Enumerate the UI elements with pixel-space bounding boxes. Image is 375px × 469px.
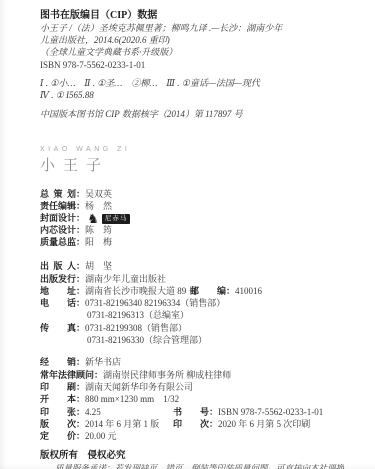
cip-line-2: 儿童出版社，2014.6(2020.6 重印) — [40, 34, 347, 46]
row-phone: 电话：0731-82196340 82196334（销售部） — [40, 297, 347, 309]
row-price: 定价：20.00 元 — [40, 430, 347, 442]
cip-classification-2: Ⅳ . ① I565.88 — [40, 89, 347, 101]
staff-value: 阳 梅 — [85, 237, 112, 247]
copyright-page: { "ui": { "colon": "：" }, "cip": { "head… — [0, 0, 375, 469]
staff-row-quality-director: 质量总监：阳 梅 — [40, 237, 347, 249]
cip-block: 图书在版编目（CIP）数据 小王子 /（法）圣埃克苏佩里著；柳鸣九译 .—长沙：… — [40, 9, 347, 120]
staff-value: 吴双英 — [85, 189, 112, 199]
cip-line-1: 小王子 /（法）圣埃克苏佩里著；柳鸣九译 .—长沙：湖南少年 — [40, 22, 347, 34]
staff-label: 总策划 — [40, 189, 76, 201]
cip-series-line: （全球儿童文学典藏书系·升级版） — [40, 46, 347, 58]
staff-label: 责任编辑 — [40, 201, 76, 213]
row-postal-code: 邮编：410016 — [190, 285, 262, 297]
staff-value: 杨 然 — [85, 201, 112, 211]
row-printing: 印次：2020 年 6 月第 5 次印刷 — [173, 418, 310, 430]
staff-label: 质量总监 — [40, 237, 76, 249]
row-fax: 传真：0731-82199308（销售部） — [40, 322, 347, 334]
row-publisher-person: 出版人：胡 坚 — [40, 260, 347, 272]
row-legal-counsel: 常年法律顾问：湖南崇民律师事务所 柳成柱律师 — [40, 369, 347, 381]
row-edition: 版次：2014 年 6 月第 1 版 印次：2020 年 6 月第 5 次印刷 — [40, 418, 347, 430]
row-address: 地址：湖南省长沙市晚报大道 89 号 邮编：410016 — [40, 285, 347, 297]
row-format: 开本：880 mm×1230 mm 1/32 — [40, 393, 347, 405]
cip-header: 图书在版编目（CIP）数据 — [40, 9, 347, 22]
row-sales: 经销：新华书店 — [40, 356, 347, 368]
copyright-notice: 版权所有 侵权必究 — [40, 449, 347, 462]
row-book-number: 书号：ISBN 978-7-5562-0233-1-01 — [173, 406, 323, 418]
staff-row-chief-planner: 总策划：吴双英 — [40, 189, 347, 201]
row-phone-2: 0731-82196313（总编室） — [40, 309, 347, 321]
staff-row-interior-design: 内芯设计：陈 筠 — [40, 225, 347, 237]
staff-row-cover-design: 封面设计： ♞尼赤马 — [40, 213, 347, 225]
staff-label: 内芯设计 — [40, 225, 76, 237]
publisher-info: 出版人：胡 坚 出版发行：湖南少年儿童出版社 地址：湖南省长沙市晚报大道 89 … — [40, 260, 347, 346]
row-sheets: 印张：4.25 书号：ISBN 978-7-5562-0233-1-01 — [40, 406, 347, 418]
staff-credits: 总策划：吴双英 责任编辑：杨 然 封面设计： ♞尼赤马 内芯设计：陈 筠 质量总… — [40, 189, 347, 248]
row-publisher: 出版发行：湖南少年儿童出版社 — [40, 273, 347, 285]
book-title: 小王子 — [40, 156, 347, 177]
book-title-pinyin: XIAO WANG ZI — [40, 145, 347, 154]
staff-value: 陈 筠 — [85, 225, 112, 235]
quality-promise: 质量服务承诺：若发现缺页、错页、倒装等印装质量问题，可直接向本社调换。 — [40, 462, 347, 469]
cip-isbn: ISBN 978-7-5562-0233-1-01 — [40, 59, 347, 71]
row-printer: 印刷：湖南天闻新华印务有限公司 — [40, 381, 347, 393]
copyright-footer: 版权所有 侵权必究 质量服务承诺：若发现缺页、错页、倒装等印装质量问题，可直接向… — [40, 449, 347, 469]
cip-classification-1: Ⅰ . ①小… Ⅱ . ①圣… ②柳… Ⅲ . ①童话—法国—现代 — [40, 77, 347, 89]
cip-body: 小王子 /（法）圣埃克苏佩里著；柳鸣九译 .—长沙：湖南少年 儿童出版社，201… — [40, 22, 347, 120]
design-studio-badge: 尼赤马 — [102, 214, 131, 224]
row-fax-2: 0731-82196330（综合管理部） — [40, 334, 347, 346]
distribution-info: 经销：新华书店 常年法律顾问：湖南崇民律师事务所 柳成柱律师 印刷：湖南天闻新华… — [40, 356, 347, 442]
book-title-block: XIAO WANG ZI 小王子 — [40, 145, 347, 177]
page-content: 图书在版编目（CIP）数据 小王子 /（法）圣埃克苏佩里著；柳鸣九译 .—长沙：… — [0, 0, 375, 469]
staff-label: 封面设计 — [40, 213, 76, 225]
cip-record-number: 中国版本图书馆 CIP 数据核字（2014）第 117897 号 — [40, 108, 347, 120]
